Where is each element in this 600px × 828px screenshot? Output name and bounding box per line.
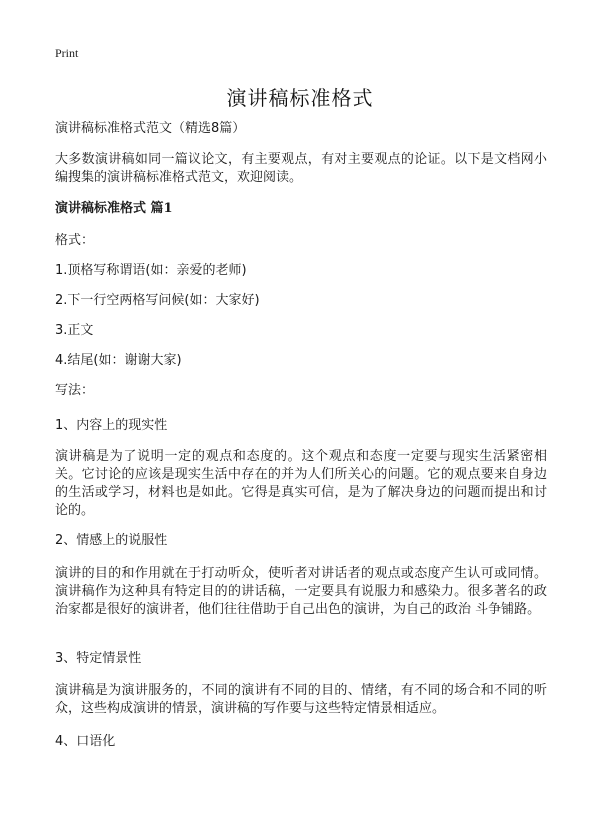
point-body: 演讲的目的和作用就在于打动听众，使听者对讲话者的观点或态度产生认可或同情。演讲稿… bbox=[55, 565, 547, 619]
print-label: Print bbox=[55, 46, 78, 61]
point-heading: 3、特定情景性 bbox=[55, 650, 141, 668]
format-item: 3.正文 bbox=[55, 322, 93, 340]
intro-paragraph: 大多数演讲稿如同一篇议论文，有主要观点，有对主要观点的论证。以下是文档网小编搜集… bbox=[55, 151, 547, 187]
point-body: 演讲稿是为演讲服务的，不同的演讲有不同的目的、情绪，有不同的场合和不同的听众，这… bbox=[55, 682, 547, 718]
document-subtitle: 演讲稿标准格式范文（精选8篇） bbox=[55, 120, 245, 138]
format-label: 格式： bbox=[55, 232, 94, 250]
format-item: 4.结尾(如：谢谢大家) bbox=[55, 352, 182, 370]
format-item: 1.顶格写称谓语(如：亲爱的老师) bbox=[55, 262, 247, 280]
document-page: Print 演讲稿标准格式 演讲稿标准格式范文（精选8篇） 大多数演讲稿如同一篇… bbox=[0, 0, 600, 828]
point-body: 演讲稿是为了说明一定的观点和态度的。这个观点和态度一定要与现实生活紧密相关。它讨… bbox=[55, 448, 547, 520]
document-title: 演讲稿标准格式 bbox=[0, 82, 600, 111]
point-heading: 4、口语化 bbox=[55, 733, 115, 751]
section-heading: 演讲稿标准格式 篇1 bbox=[55, 200, 173, 218]
point-heading: 1、内容上的现实性 bbox=[55, 417, 167, 435]
format-item: 2.下一行空两格写问候(如：大家好) bbox=[55, 292, 260, 310]
point-heading: 2、情感上的说服性 bbox=[55, 532, 167, 550]
writing-label: 写法： bbox=[55, 382, 94, 400]
